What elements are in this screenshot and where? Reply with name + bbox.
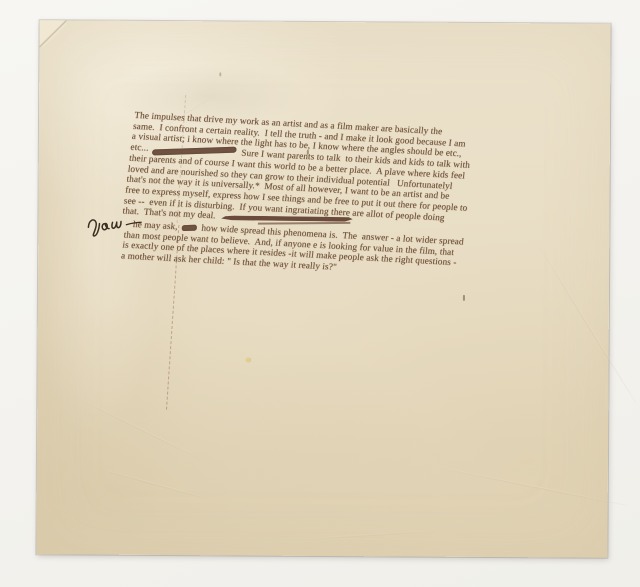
typed-text: etc...	[130, 142, 152, 153]
corner-fold	[39, 20, 66, 47]
handwritten-letter-u	[112, 221, 122, 228]
paper-crease	[74, 396, 209, 464]
paper-crease	[287, 529, 447, 541]
scan-canvas: The impulses that drive my work as an ar…	[0, 0, 640, 587]
paragraph-1: The impulses that drive my work as an ar…	[122, 110, 478, 235]
paper-crease	[94, 466, 215, 501]
marker-redaction-2	[220, 216, 352, 225]
handwritten-note-you	[85, 209, 143, 242]
ink-speck	[463, 295, 465, 301]
paper-crease	[434, 466, 630, 507]
marker-redaction-1	[152, 147, 237, 156]
pointer-dash	[126, 222, 141, 225]
marker-redaction-3	[182, 225, 197, 231]
typed-text-block: The impulses that drive my work as an ar…	[116, 110, 477, 279]
ink-speck	[219, 72, 221, 76]
handwritten-letter-o	[102, 223, 109, 230]
paper-stain	[246, 358, 252, 363]
handwritten-letter-y	[88, 219, 101, 236]
paper-sheet: The impulses that drive my work as an ar…	[36, 20, 610, 557]
paper-crease	[537, 243, 638, 406]
